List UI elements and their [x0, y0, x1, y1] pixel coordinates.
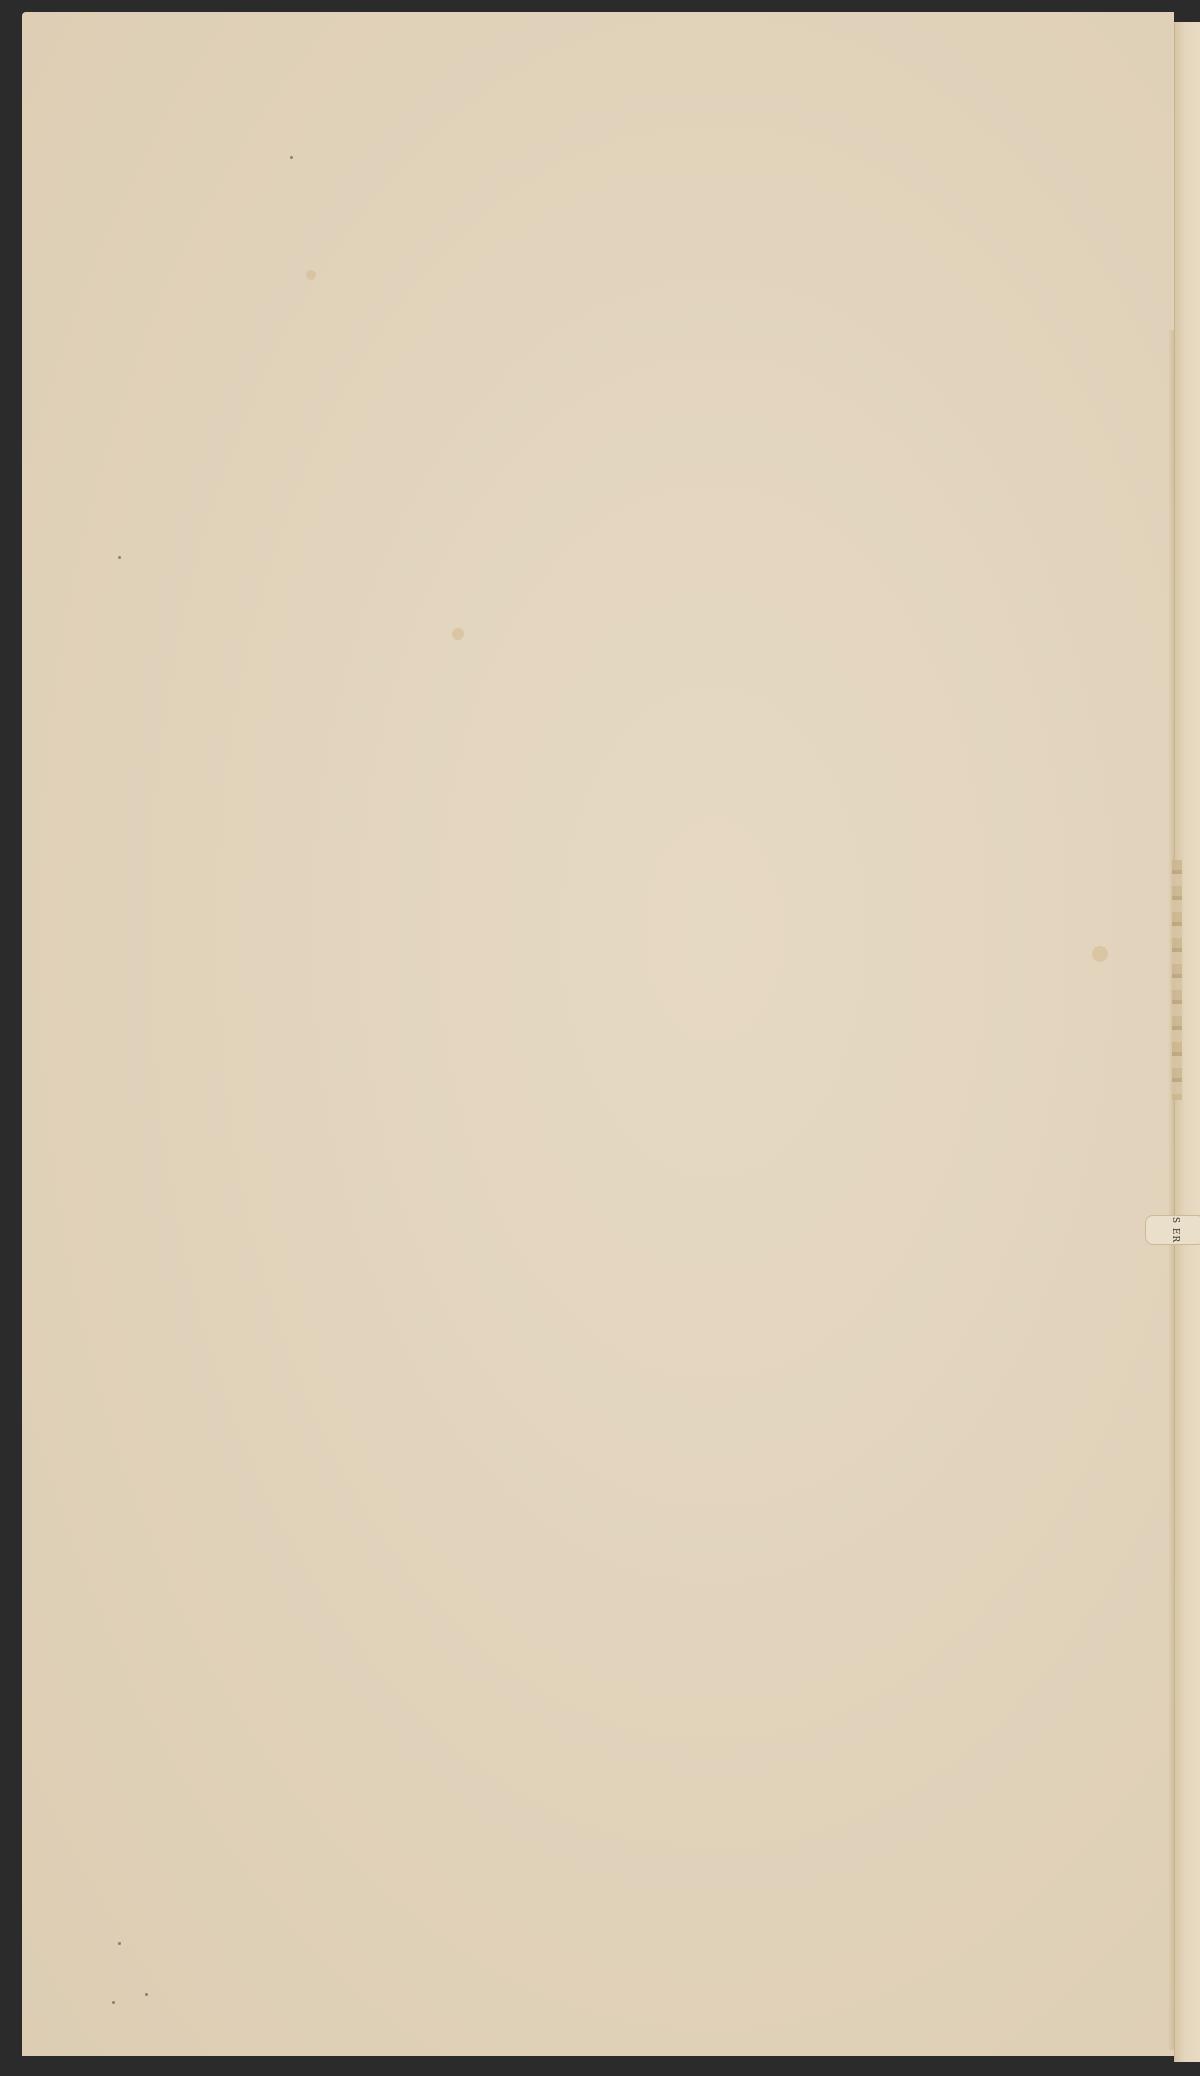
paper-speck: [112, 2001, 115, 2004]
paper-speck: [118, 556, 121, 559]
library-stamp-fragment: S ER: [1145, 1215, 1200, 1245]
binding-strip: [1172, 860, 1182, 1100]
blank-paper-page: [22, 12, 1174, 2056]
paper-stain: [1092, 946, 1108, 962]
paper-stain: [306, 270, 316, 280]
stamp-text: S ER: [1170, 1217, 1180, 1243]
paper-stain: [452, 628, 464, 640]
paper-speck: [118, 1942, 121, 1945]
paper-speck: [145, 1993, 148, 1996]
paper-speck: [290, 156, 293, 159]
